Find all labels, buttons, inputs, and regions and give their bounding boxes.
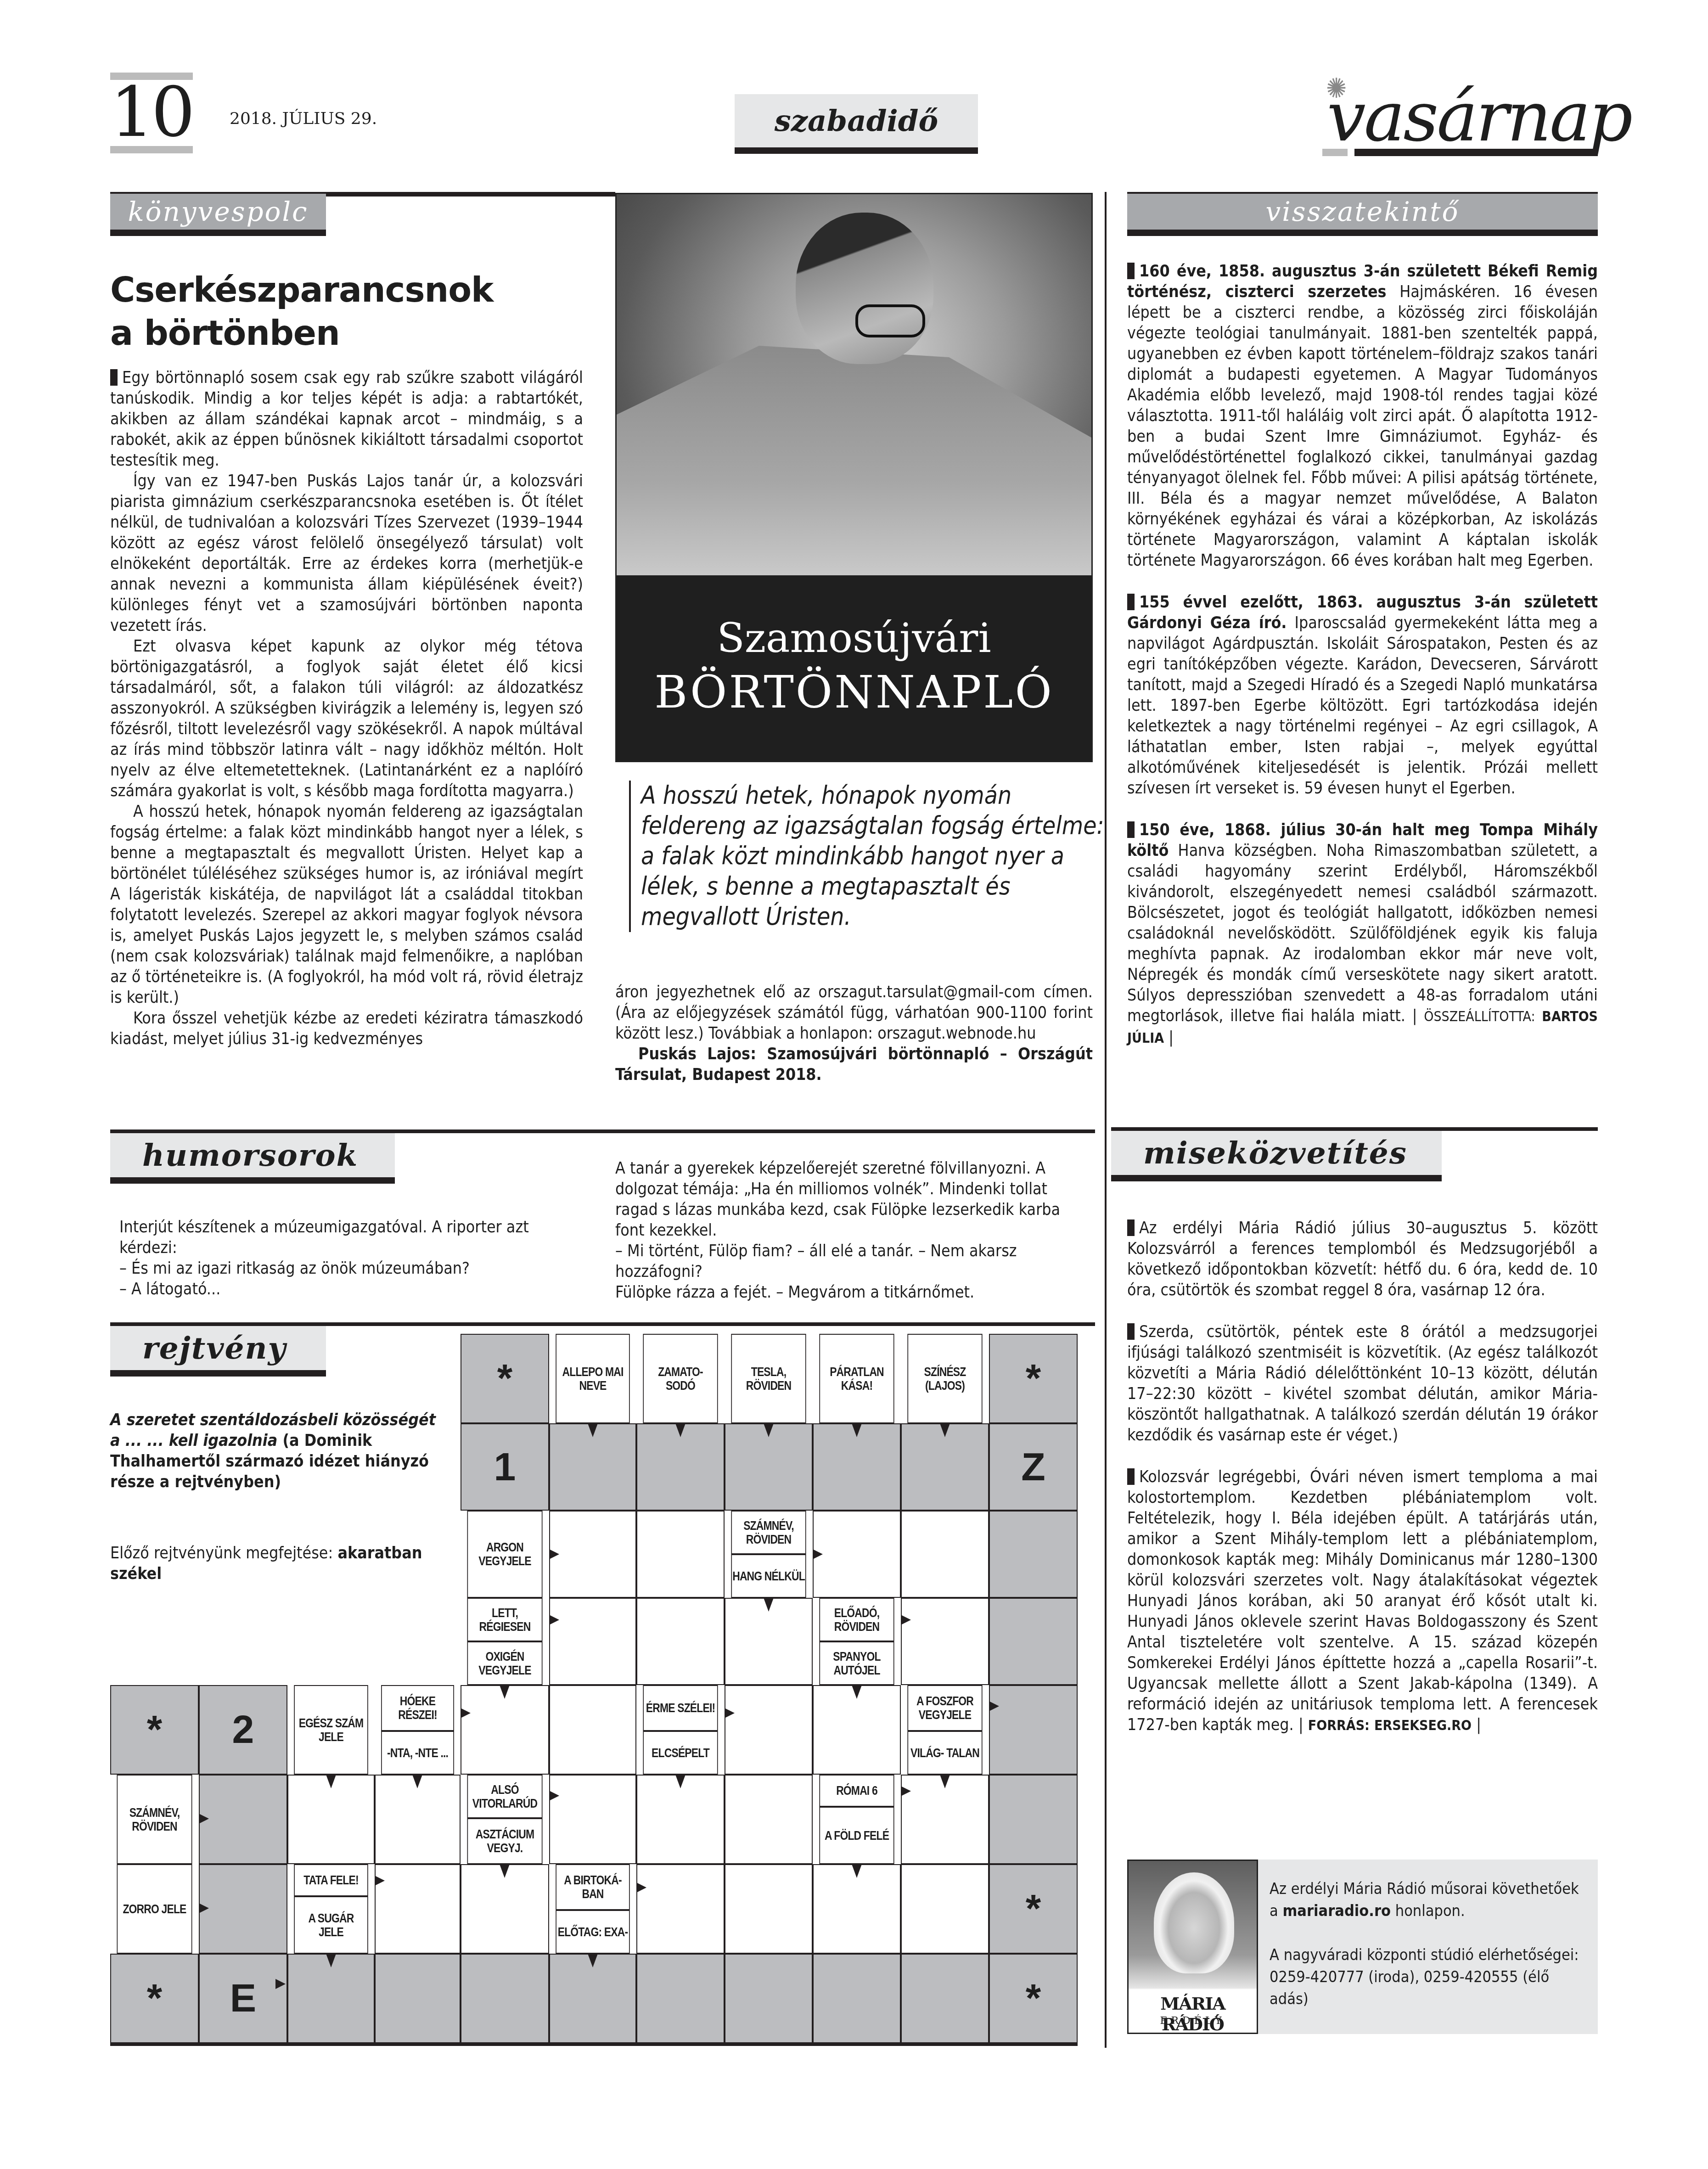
tag-misekozvetites: miseközvetítés	[1111, 1131, 1442, 1181]
answer-cell[interactable]	[725, 1864, 813, 1954]
grid-cell-letter: E	[199, 1954, 287, 2043]
clue-cell: A BIRTOKÁ- BAN	[556, 1864, 630, 1910]
tag-text: humorsorok	[142, 1137, 358, 1173]
grid-cell-star: *	[461, 1334, 549, 1423]
arrow-right-icon	[813, 1549, 823, 1559]
radio-info: Az erdélyi Mária Rádió műsorai követhető…	[1270, 1878, 1586, 2032]
column-divider-bottom	[1105, 1129, 1107, 2048]
tag-visszatekinto: visszatekintő	[1127, 194, 1598, 236]
clue-cell: SZÁMNÉV, RÖVIDEN	[117, 1775, 192, 1864]
grid-bottom-border	[110, 2042, 1078, 2046]
arrow-down-icon	[852, 1423, 862, 1437]
anniversary-item: 150 éve, 1868. július 30-án halt meg Tom…	[1127, 820, 1598, 1049]
section-label: szabadidő	[735, 94, 978, 154]
book-cover-image: Szamosújvári BÖRTÖNNAPLÓ	[615, 193, 1093, 762]
answer-cell[interactable]	[199, 1775, 287, 1864]
joke-line: Fülöpke rázza a fejét. – Megvárom a titk…	[615, 1282, 1074, 1303]
book-reference: Puskás Lajos: Szamosújvári börtönnapló –…	[615, 1044, 1093, 1085]
arrow-down-icon	[412, 1775, 422, 1788]
section-rule-puzzle	[110, 1322, 1095, 1326]
cover-title-1: Szamosújvári	[617, 614, 1091, 662]
arrow-down-icon	[764, 1423, 774, 1437]
arrow-right-icon	[636, 1882, 646, 1893]
arrow-right-icon	[461, 1708, 471, 1718]
arrow-down-icon	[852, 1685, 862, 1699]
clue-cell: A FÖLD FELÉ	[819, 1807, 894, 1864]
arrow-down-icon	[940, 1423, 950, 1437]
tag-text: könyvespolc	[128, 196, 308, 227]
answer-cell[interactable]	[549, 1598, 636, 1685]
clue-cell: HÓEKE RÉSZEI!	[381, 1685, 454, 1731]
tag-text: visszatekintő	[1266, 196, 1460, 227]
cover-title-band: Szamosújvári BÖRTÖNNAPLÓ	[617, 575, 1091, 762]
arrow-down-icon	[588, 1423, 598, 1437]
page-number: 10	[110, 78, 192, 147]
answer-cell[interactable]	[636, 1954, 725, 2043]
clue-cell: SZÁMNÉV, RÖVIDEN	[731, 1511, 806, 1554]
tag-text: rejtvény	[142, 1330, 287, 1366]
clue-cell: RÓMAI 6	[819, 1775, 894, 1807]
joke-line: – És mi az igazi ritkaság az önök múzeum…	[119, 1258, 533, 1279]
cover-title-2: BÖRTÖNNAPLÓ	[617, 666, 1091, 719]
schedule-item: Szerda, csütörtök, péntek este 8 órától …	[1127, 1321, 1598, 1445]
continuation-text: áron jegyezhetnek elő az orszagut.tarsul…	[615, 982, 1093, 1044]
answer-cell[interactable]	[901, 1598, 989, 1685]
clue-cell: HANG NÉLKÜL	[731, 1554, 806, 1598]
clue-cell: SZÍNÉSZ (LAJOS)	[907, 1334, 982, 1423]
headline-line-1: Cserkészparancsnok	[110, 269, 597, 312]
clue-cell: TATA FELE!	[294, 1864, 368, 1896]
logo-bar	[1354, 149, 1598, 156]
headline-line-2: a börtönben	[110, 312, 597, 355]
clue-cell: ARGON VEGYJELE	[467, 1511, 542, 1598]
answer-cell[interactable]	[989, 1511, 1078, 1598]
grid-cell-number: 1	[461, 1423, 549, 1511]
arrow-down-icon	[326, 1775, 336, 1788]
radio-contact-info: A nagyváradi központi stúdió elérhetőség…	[1270, 1944, 1586, 2010]
answer-cell[interactable]	[725, 1775, 813, 1864]
radio-logo-name: MÁRIA RÁDIÓ	[1129, 1993, 1257, 2034]
anniversary-item: 155 évvel ezelőtt, 1863. augusztus 3-án …	[1127, 592, 1598, 798]
clue-cell: ZAMATO- SODÓ	[643, 1334, 718, 1423]
maria-radio-box: MÁRIA RÁDIÓ ERDÉLY Az erdélyi Mária Rádi…	[1127, 1860, 1598, 2034]
arrow-down-icon	[588, 1954, 598, 1967]
clue-cell: ELCSÉPELT	[643, 1731, 718, 1775]
photo-figure-body	[617, 346, 1091, 575]
mass-schedule: Az erdélyi Mária Rádió július 30–auguszt…	[1127, 1218, 1598, 1736]
answer-cell[interactable]	[636, 1864, 725, 1954]
radio-website-info: Az erdélyi Mária Rádió műsorai követhető…	[1270, 1878, 1586, 1922]
paragraph-marker-icon	[1127, 1219, 1135, 1236]
paragraph-marker-icon	[1127, 821, 1135, 838]
paragraph-marker-icon	[1127, 263, 1135, 279]
clue-cell: TESLA, RÖVIDEN	[731, 1334, 806, 1423]
answer-cell[interactable]	[901, 1954, 989, 2043]
article-paragraph: Ezt olvasva képet kapunk az olykor még t…	[110, 636, 583, 801]
article-paragraph: Így van ez 1947-ben Puskás Lajos tanár ú…	[110, 471, 583, 636]
arrow-down-icon	[852, 1864, 862, 1878]
article-body: Egy börtönnapló sosem csak egy rab szűkr…	[110, 367, 583, 1049]
arrow-right-icon	[375, 1876, 385, 1886]
arrow-right-icon	[199, 1903, 209, 1913]
clue-cell: ELŐTAG: EXA-	[556, 1910, 630, 1954]
answer-cell[interactable]	[199, 1864, 287, 1954]
clue-cell: A FOSZFOR VEGYJELE	[907, 1685, 982, 1731]
answer-cell[interactable]	[461, 1954, 549, 2043]
clue-cell: ASZTÁCIUM VEGYJ.	[467, 1818, 542, 1864]
pull-quote: A hosszú hetek, hónapok nyomán feldereng…	[629, 781, 1105, 932]
answer-cell[interactable]	[636, 1598, 725, 1685]
answer-cell[interactable]	[901, 1864, 989, 1954]
grid-cell-star: *	[110, 1954, 199, 2043]
page-number-bar-bottom	[110, 146, 193, 153]
answer-cell[interactable]	[989, 1775, 1078, 1864]
arrow-right-icon	[549, 1615, 559, 1625]
arrow-right-icon	[901, 1786, 911, 1796]
tag-text: miseközvetítés	[1143, 1135, 1407, 1171]
previous-solution: Előző rejtvényünk megfejtése: akaratban …	[110, 1543, 450, 1584]
joke-1: Interjút készítenek a múzeumigazgatóval.…	[119, 1217, 533, 1299]
clue-cell: ÉRME SZÉLEI!	[643, 1685, 718, 1731]
paragraph-marker-icon	[1127, 594, 1135, 610]
answer-cell[interactable]	[989, 1598, 1078, 1685]
radio-website-link[interactable]: mariaradio.ro	[1282, 1902, 1391, 1920]
logo-bar-grey	[1322, 149, 1348, 156]
arrow-down-icon	[675, 1423, 685, 1437]
glasses-icon	[855, 304, 925, 337]
arrow-down-icon	[940, 1775, 950, 1788]
madonna-image	[1154, 1872, 1234, 1973]
clue-cell: EGÉSZ SZÁM JELE	[294, 1685, 368, 1775]
paragraph-marker-icon	[1127, 1323, 1135, 1340]
schedule-item: Kolozsvár legrégebbi, Óvári néven ismert…	[1127, 1467, 1598, 1736]
grid-cell-star: *	[989, 1334, 1078, 1423]
logo-text: vasárnap	[1327, 83, 1631, 152]
answer-cell[interactable]	[549, 1775, 636, 1864]
arrow-down-icon	[326, 1954, 336, 1967]
section-label-text: szabadidő	[775, 104, 938, 138]
answer-cell[interactable]	[901, 1511, 989, 1598]
article-paragraph: Kora ősszel vehetjük kézbe az eredeti ké…	[110, 1008, 583, 1049]
arrow-down-icon	[500, 1685, 510, 1699]
puzzle-prompt: A szeretet szentáldozásbeli közösségét a…	[110, 1410, 450, 1492]
joke-line: – A látogató...	[119, 1279, 533, 1299]
grid-cell-number: 2	[199, 1685, 287, 1775]
clue-cell: -NTA, -NTE ...	[381, 1731, 454, 1775]
clue-cell: LETT, RÉGIESEN	[467, 1598, 542, 1641]
arrow-right-icon	[549, 1791, 559, 1801]
maria-radio-logo: MÁRIA RÁDIÓ ERDÉLY	[1127, 1860, 1258, 2034]
arrow-down-icon	[500, 1864, 510, 1878]
answer-cell[interactable]	[549, 1685, 636, 1775]
answer-cell[interactable]	[375, 1864, 461, 1954]
arrow-right-icon	[549, 1549, 559, 1559]
article-paragraph: A hosszú hetek, hónapok nyomán feldereng…	[110, 801, 583, 1008]
schedule-item: Az erdélyi Mária Rádió július 30–auguszt…	[1127, 1218, 1598, 1300]
clue-cell: PÁRATLAN KÁSA!	[819, 1334, 894, 1423]
arrow-right-icon	[275, 1979, 286, 1989]
article-continuation: áron jegyezhetnek elő az orszagut.tarsul…	[615, 982, 1093, 1085]
arrow-right-icon	[725, 1708, 735, 1718]
article-headline: Cserkészparancsnok a börtönben	[110, 269, 597, 355]
grid-cell-star: *	[989, 1954, 1078, 2043]
answer-cell[interactable]	[549, 1511, 636, 1598]
paragraph-marker-icon	[1127, 1468, 1135, 1485]
tag-humorsorok: humorsorok	[110, 1133, 395, 1184]
cover-photo	[617, 194, 1091, 575]
radio-logo-sub: ERDÉLY	[1129, 2015, 1257, 2027]
arrow-right-icon	[199, 1814, 209, 1824]
answer-cell[interactable]	[989, 1685, 1078, 1775]
grid-cell-star: *	[110, 1685, 199, 1775]
grid-cell-letter: Z	[989, 1423, 1078, 1511]
newspaper-logo: ✺ vasárnap	[1322, 78, 1598, 156]
grid-cell-star: *	[989, 1864, 1078, 1954]
clue-cell: ZORRO JELE	[117, 1864, 192, 1954]
section-rule	[110, 1129, 1095, 1133]
arrow-down-icon	[675, 1775, 685, 1788]
paragraph-marker-icon	[110, 369, 118, 386]
joke-line: Interjút készítenek a múzeumigazgatóval.…	[119, 1217, 533, 1258]
issue-date: 2018. JÚLIUS 29.	[230, 109, 377, 128]
arrow-right-icon	[901, 1615, 911, 1625]
answer-cell[interactable]	[725, 1685, 813, 1775]
answer-cell[interactable]	[636, 1511, 725, 1598]
clue-cell: ALLEPO MAI NEVE	[556, 1334, 630, 1423]
clue-cell: VILÁG- TALAN	[907, 1731, 982, 1775]
tag-konyvespolc: könyvespolc	[110, 194, 326, 236]
joke-line: – Mi történt, Fülöp fiam? – áll elé a ta…	[615, 1241, 1074, 1282]
joke-line: A tanár a gyerekek képzelőerejét szeretn…	[615, 1158, 1074, 1241]
article-paragraph: Egy börtönnapló sosem csak egy rab szűkr…	[110, 367, 583, 471]
answer-cell[interactable]	[725, 1954, 813, 2043]
answer-cell[interactable]	[813, 1511, 901, 1598]
answer-cell[interactable]	[813, 1954, 901, 2043]
column-divider	[1105, 192, 1107, 1131]
arrow-right-icon	[989, 1701, 999, 1711]
answer-cell[interactable]	[375, 1954, 461, 2043]
arrow-down-icon	[764, 1598, 774, 1612]
clue-cell: A SUGÁR JELE	[294, 1896, 368, 1954]
anniversary-item: 160 éve, 1858. augusztus 3-án született …	[1127, 261, 1598, 571]
clue-cell: OXIGÉN VEGYJELE	[467, 1641, 542, 1685]
anniversary-list: 160 éve, 1858. augusztus 3-án született …	[1127, 261, 1598, 1049]
joke-2: A tanár a gyerekek képzelőerejét szeretn…	[615, 1158, 1074, 1303]
clue-cell: ALSÓ VITORLARÚD	[467, 1775, 542, 1818]
photo-figure-head	[796, 213, 933, 364]
tag-rejtveny: rejtvény	[110, 1326, 326, 1377]
clue-cell: ELŐADÓ, RÖVIDEN	[819, 1598, 894, 1641]
clue-cell: SPANYOL AUTÓJEL	[819, 1641, 894, 1685]
section-rule-right	[1111, 1127, 1598, 1131]
